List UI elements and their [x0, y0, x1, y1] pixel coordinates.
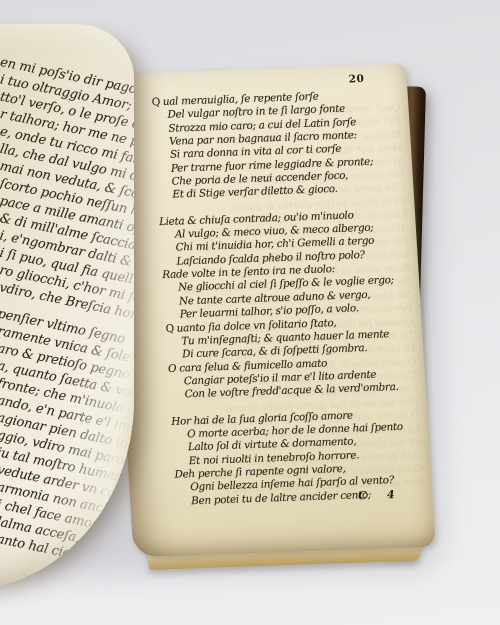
poem-text: Qual merauiglia, ſe repente ſorſeDel vul… [151, 88, 407, 508]
photo-background: Qual merauiglia, ſe repente ſorſeDel vul… [0, 0, 500, 625]
signature-mark: C4 [358, 488, 395, 502]
page-number: 20 [348, 73, 364, 86]
left-page-text: en mi poſs'io dir pago homaii tuo oltrag… [0, 54, 134, 571]
signature-numeral: 4 [387, 488, 395, 501]
signature-letter: C [358, 489, 368, 502]
stanza: Lieta & chiuſa contrada; ou'io m'inuoloA… [159, 208, 401, 403]
right-page: Qual merauiglia, ſe repente ſorſeDel vul… [104, 63, 435, 557]
left-page: en mi poſs'io dir pago homaii tuo oltrag… [0, 24, 134, 590]
stanza: Qual merauiglia, ſe repente ſorſeDel vul… [151, 88, 388, 203]
